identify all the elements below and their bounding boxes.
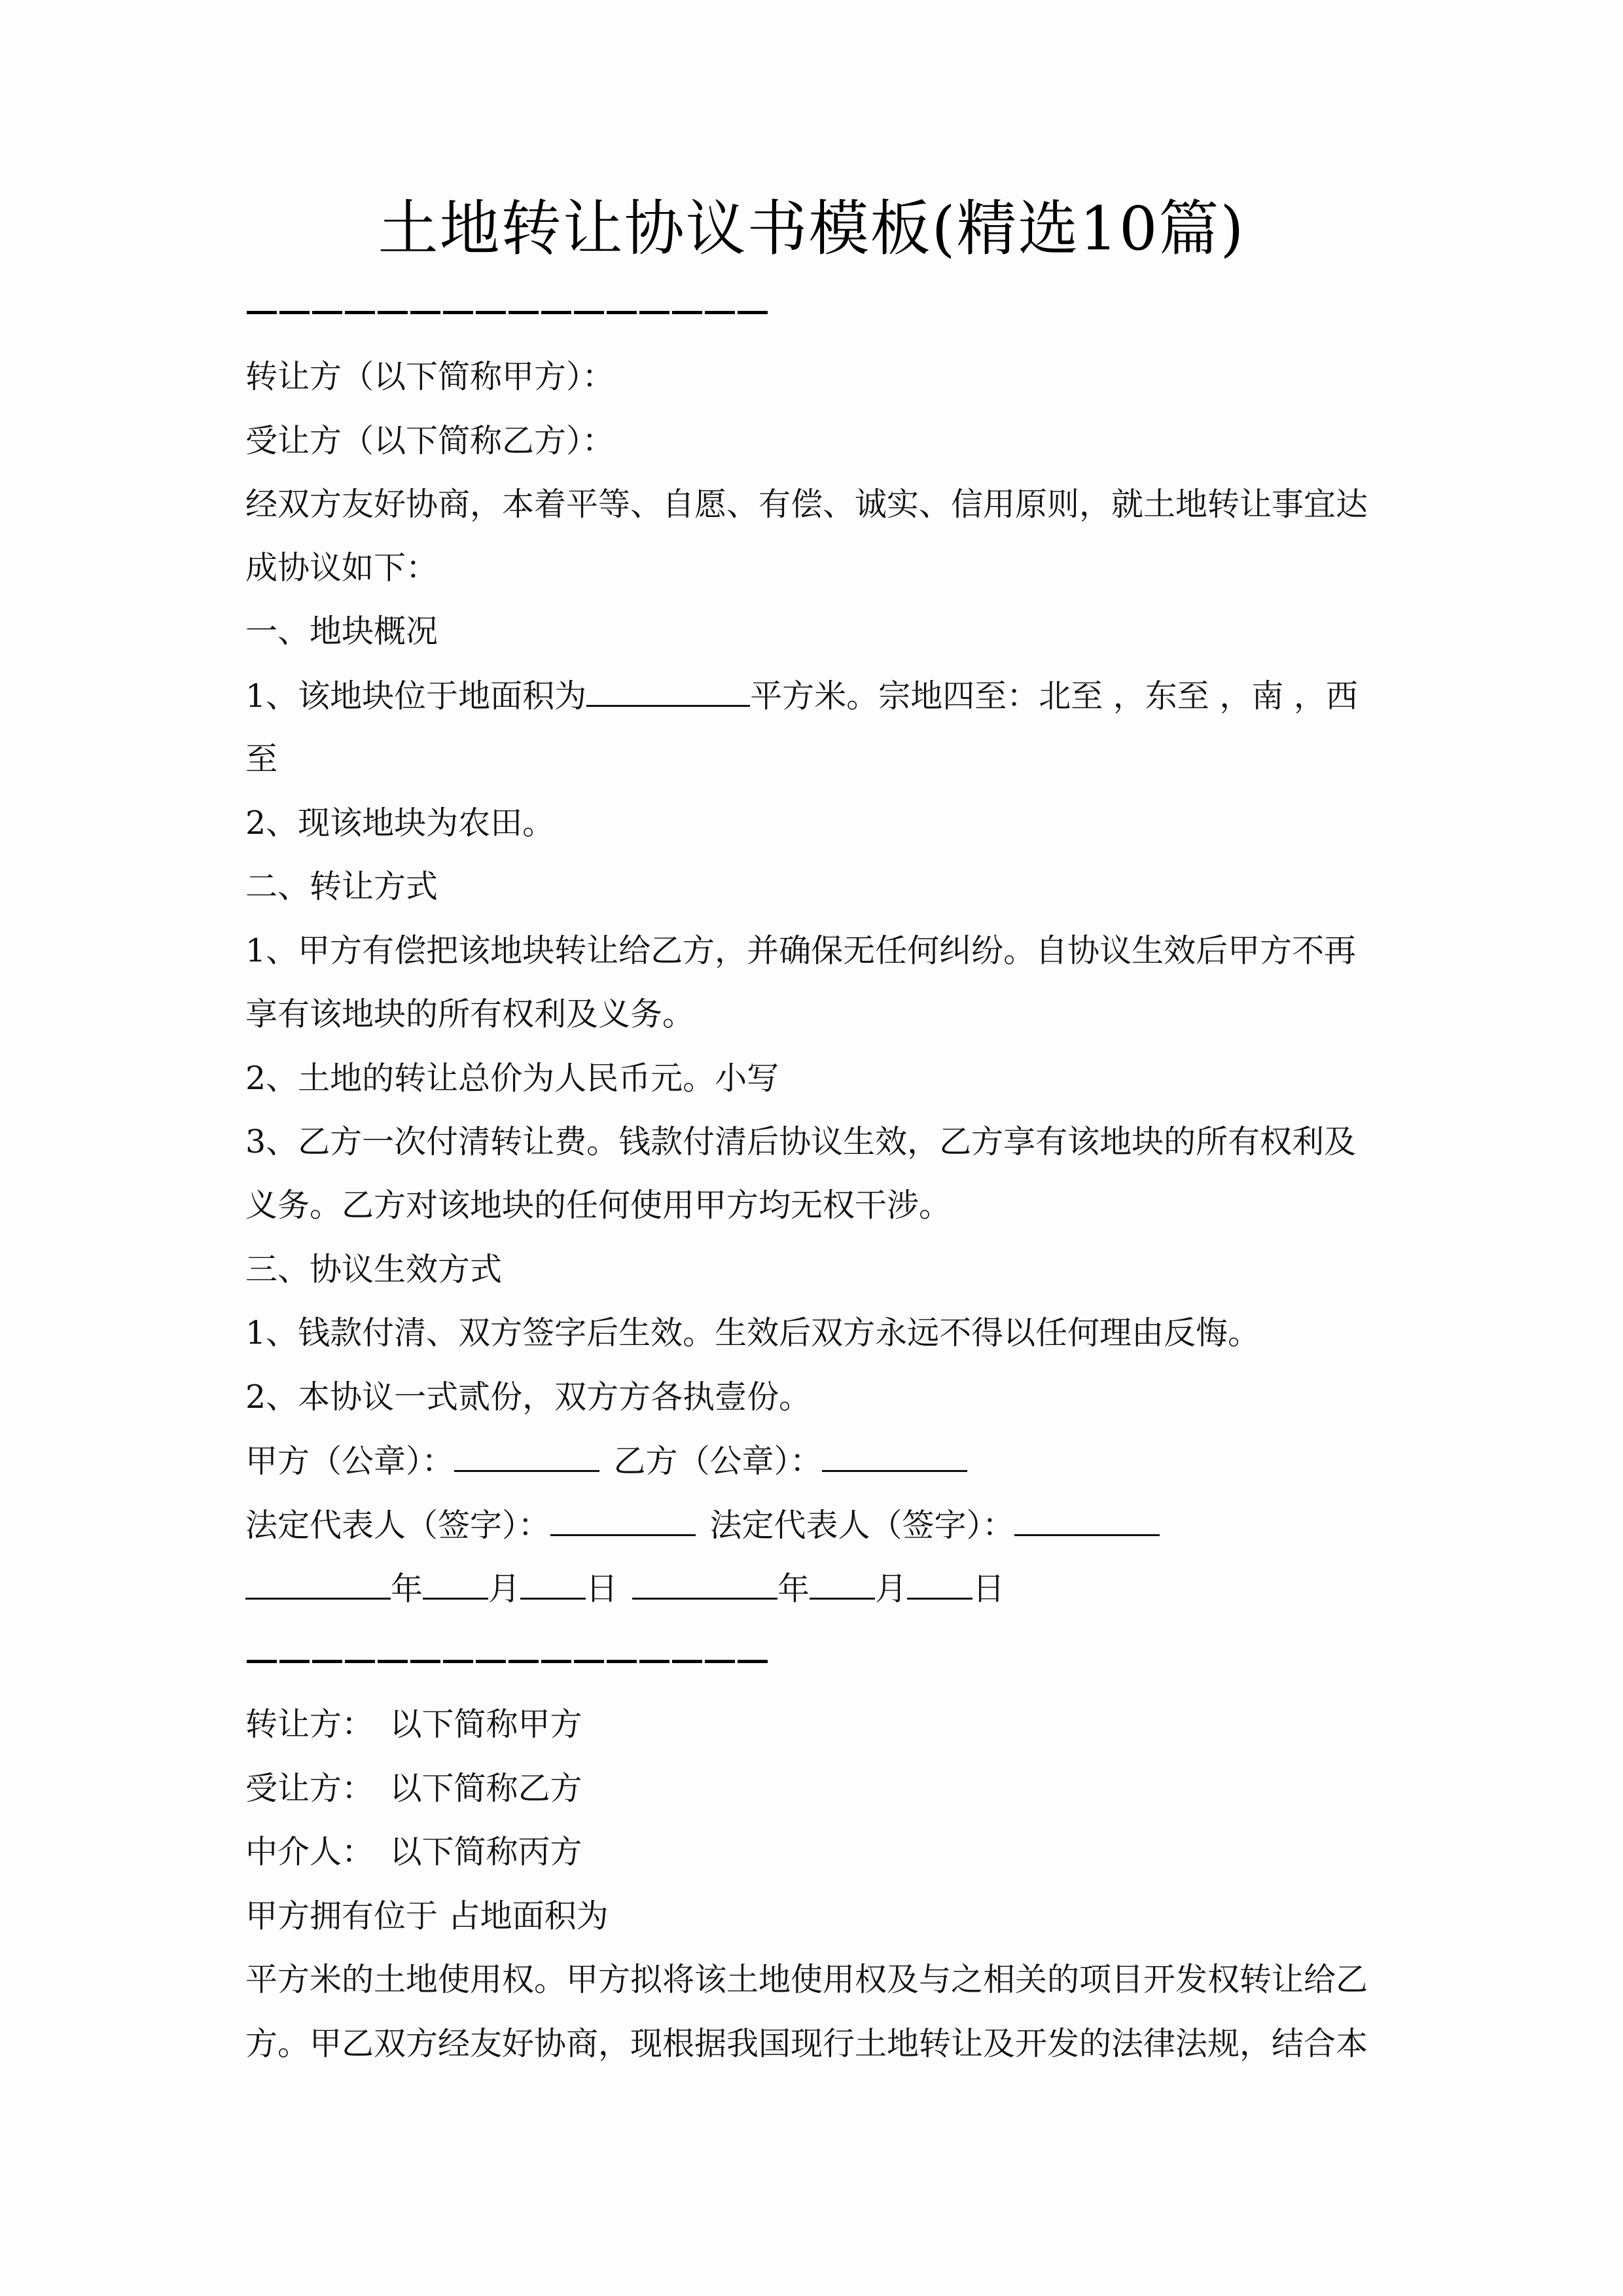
body-line-1: 平方米的土地使用权。甲方拟将该土地使用权及与之相关的项目开发权转让给乙 <box>245 1960 1384 2000</box>
year-label-a: 年 <box>391 1570 423 1607</box>
party-a-month-field[interactable] <box>423 1569 488 1600</box>
area-blank-field[interactable] <box>586 676 750 707</box>
transferor-line-2: 转让方： 以下简称甲方 <box>245 1705 1384 1744</box>
party-b-month-field[interactable] <box>810 1569 875 1600</box>
day-label-b: 日 <box>972 1570 1005 1607</box>
heading-parcel-overview: 一、地块概况 <box>245 612 1384 651</box>
party-a-rep-field[interactable] <box>550 1505 696 1536</box>
item-3-1: 1、钱款付清、双方签字后生效。生效后双方永远不得以任何理由反悔。 <box>245 1314 1384 1353</box>
item-1-1-line-2: 至 <box>245 740 1384 779</box>
item-1-1: 1、该地块位于地面积为平方米。宗地四至：北至 ，东至 ，南 ，西 <box>245 676 1384 716</box>
transferee-label: 受让方（以下简称乙方）： <box>245 422 1384 461</box>
representative-signature-line: 法定代表人（签字）：法定代表人（签字）： <box>245 1505 1384 1545</box>
party-b-year-field[interactable] <box>632 1569 777 1600</box>
intermediary-line: 中介人： 以下简称丙方 <box>245 1833 1384 1872</box>
item-1-1-text-b: 平方米。宗地四至：北至 ，东至 ，南 ，西 <box>750 677 1358 715</box>
item-2-3-line-2: 义务。乙方对该地块的任何使用甲方均无权干涉。 <box>245 1186 1384 1225</box>
party-b-seal-field[interactable] <box>822 1441 967 1472</box>
separator-line-2 <box>247 1660 769 1663</box>
item-2-1-line-1: 1、甲方有偿把该地块转让给乙方，并确保无任何纠纷。自协议生效后甲方不再 <box>245 931 1384 971</box>
document-title: 土地转让协议书模板(精选10篇) <box>0 187 1623 272</box>
party-b-rep-field[interactable] <box>1014 1505 1160 1536</box>
preamble-line-1: 经双方友好协商，本着平等、自愿、有偿、诚实、信用原则，就土地转让事宜达 <box>245 485 1384 524</box>
transferor-label: 转让方（以下简称甲方）： <box>245 357 1384 397</box>
party-a-rep-label: 法定代表人（签字）： <box>245 1507 550 1544</box>
heading-transfer-method: 二、转让方式 <box>245 867 1384 906</box>
item-2-1-line-2: 享有该地块的所有权利及义务。 <box>245 995 1384 1034</box>
item-2-2: 2、土地的转让总价为人民币元。小写 <box>245 1059 1384 1098</box>
party-a-day-field[interactable] <box>520 1569 586 1600</box>
party-a-year-field[interactable] <box>245 1569 391 1600</box>
seal-signature-line: 甲方（公章）：乙方（公章）： <box>245 1441 1384 1481</box>
body-line-2: 方。甲乙双方经友好协商，现根据我国现行土地转让及开发的法律法规，结合本 <box>245 2024 1384 2064</box>
party-a-seal-label: 甲方（公章）： <box>245 1443 454 1480</box>
item-3-2: 2、本协议一式贰份，双方方各执壹份。 <box>245 1378 1384 1417</box>
transferee-line-2: 受让方： 以下简称乙方 <box>245 1769 1384 1808</box>
party-b-day-field[interactable] <box>907 1569 972 1600</box>
item-2-3-line-1: 3、乙方一次付清转让费。钱款付清后协议生效，乙方享有该地块的所有权利及 <box>245 1122 1384 1162</box>
party-b-rep-label: 法定代表人（签字）： <box>710 1507 1015 1544</box>
separator-line-1 <box>247 311 769 314</box>
heading-effectiveness: 三、协议生效方式 <box>245 1250 1384 1289</box>
party-a-seal-field[interactable] <box>454 1441 599 1472</box>
date-line: 年月日年月日 <box>245 1569 1384 1609</box>
month-label-a: 月 <box>488 1570 520 1607</box>
preamble-line-2: 成协议如下： <box>245 548 1384 588</box>
document-page: 土地转让协议书模板(精选10篇) 转让方（以下简称甲方）： 受让方（以下简称乙方… <box>0 0 1623 2296</box>
item-1-2: 2、现该地块为农田。 <box>245 804 1384 843</box>
day-label-a: 日 <box>586 1570 618 1607</box>
item-1-1-text-a: 1、该地块位于地面积为 <box>245 677 586 715</box>
year-label-b: 年 <box>777 1570 810 1607</box>
month-label-b: 月 <box>875 1570 907 1607</box>
party-b-seal-label: 乙方（公章）： <box>614 1443 823 1480</box>
location-line: 甲方拥有位于 占地面积为 <box>245 1897 1384 1936</box>
